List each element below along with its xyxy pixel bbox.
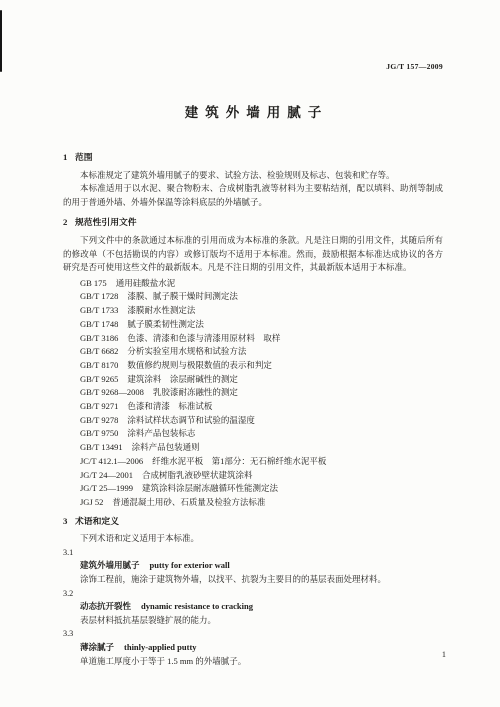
- reference-code: GB/T 1733: [80, 305, 118, 315]
- section-number: 3: [63, 515, 75, 529]
- page-number: 1: [442, 650, 446, 660]
- reference-code: JG/T 24—2001: [80, 470, 133, 480]
- reference-title: 漆膜、腻子膜干燥时间测定法: [127, 291, 238, 301]
- reference-code: JC/T 412.1—2006: [80, 456, 143, 466]
- reference-item: GB/T 9271色漆和清漆 标准试板: [63, 400, 443, 414]
- section-title: 范围: [75, 152, 93, 162]
- reference-code: GB/T 9278: [80, 415, 118, 425]
- term-en: dynamic resistance to cracking: [141, 601, 253, 611]
- standard-code: JG/T 157—2009: [63, 0, 443, 72]
- reference-item: GB/T 9268—2008乳胶漆耐冻融性的测定: [63, 386, 443, 400]
- reference-item: JC/T 412.1—2006纤维水泥平板 第1部分：无石棉纤维水泥平板: [63, 455, 443, 469]
- reference-title: 建筑涂料涂层耐冻融循环性能测定法: [142, 483, 278, 493]
- reference-code: GB/T 9271: [80, 401, 118, 411]
- section-number: 2: [63, 216, 75, 230]
- reference-title: 涂料试样状态调节和试验的温湿度: [127, 415, 255, 425]
- term-definition: 单道施工厚度小于等于 1.5 mm 的外墙腻子。: [63, 655, 443, 669]
- paragraph: 下列术语和定义适用于本标准。: [63, 532, 443, 546]
- term-line: 建筑外墙用腻子putty for exterior wall: [63, 559, 443, 573]
- reference-title: 数值修约规则与极限数值的表示和判定: [127, 360, 272, 370]
- reference-code: GB 175: [80, 278, 107, 288]
- section-title: 术语和定义: [75, 516, 119, 526]
- reference-title: 普通混凝土用砂、石质量及检验方法标准: [112, 497, 265, 507]
- term-zh: 薄涂腻子: [80, 642, 114, 652]
- reference-item: GB/T 6682分析实验室用水规格和试验方法: [63, 345, 443, 359]
- reference-title: 漆膜耐水性测定法: [127, 305, 195, 315]
- term-en: thinly-applied putty: [124, 642, 197, 652]
- term-definition: 涂饰工程前，施涂于建筑物外墙，以找平、抗裂为主要目的的基层表面处理材料。: [63, 573, 443, 587]
- reference-title: 通用硅酸盐水泥: [116, 278, 176, 288]
- reference-title: 色漆、清漆和色漆与清漆用原材料 取样: [127, 333, 280, 343]
- reference-title: 分析实验室用水规格和试验方法: [127, 346, 246, 356]
- reference-item: GB/T 13491涂料产品包装通则: [63, 441, 443, 455]
- term-definition: 表层材料抵抗基层裂缝扩展的能力。: [63, 614, 443, 628]
- paragraph: 本标准规定了建筑外墙用腻子的要求、试验方法、检验规则及标志、包装和贮存等。: [63, 169, 443, 183]
- reference-title: 色漆和清漆 标准试板: [127, 401, 212, 411]
- reference-code: GB/T 13491: [80, 442, 123, 452]
- page-content: JG/T 157—2009 建筑外墙用腻子 1范围 本标准规定了建筑外墙用腻子的…: [0, 0, 500, 668]
- reference-code: JGJ 52: [80, 497, 103, 507]
- reference-item: GB/T 9750涂料产品包装标志: [63, 427, 443, 441]
- term-block: 3.2 动态抗开裂性dynamic resistance to cracking…: [63, 587, 443, 628]
- section-heading-normative-references: 2规范性引用文件: [63, 216, 443, 230]
- term-zh: 建筑外墙用腻子: [80, 560, 140, 570]
- term-en: putty for exterior wall: [150, 560, 230, 570]
- term-line: 薄涂腻子thinly-applied putty: [63, 641, 443, 655]
- reference-title: 建筑涂料 涂层耐碱性的测定: [127, 374, 238, 384]
- clause-number: 3.3: [63, 627, 443, 641]
- reference-code: GB/T 8170: [80, 360, 118, 370]
- reference-code: GB/T 6682: [80, 346, 118, 356]
- reference-item: GB/T 1728漆膜、腻子膜干燥时间测定法: [63, 290, 443, 304]
- reference-code: GB/T 1748: [80, 319, 118, 329]
- reference-item: GB/T 1733漆膜耐水性测定法: [63, 304, 443, 318]
- section-heading-terms-definitions: 3术语和定义: [63, 515, 443, 529]
- reference-code: GB/T 3186: [80, 333, 118, 343]
- scan-artifact: [0, 10, 2, 72]
- reference-code: JG/T 25—1999: [80, 483, 133, 493]
- reference-title: 纤维水泥平板 第1部分：无石棉纤维水泥平板: [152, 456, 326, 466]
- section-heading-scope: 1范围: [63, 151, 443, 165]
- reference-title: 涂料产品包装标志: [127, 428, 195, 438]
- paragraph: 下列文件中的条款通过本标准的引用而成为本标准的条款。凡是注日期的引用文件，其随后…: [63, 234, 443, 275]
- reference-item: GB/T 1748腻子膜柔韧性测定法: [63, 318, 443, 332]
- reference-item: GB/T 8170数值修约规则与极限数值的表示和判定: [63, 359, 443, 373]
- document-title: 建筑外墙用腻子: [63, 103, 443, 122]
- clause-number: 3.1: [63, 546, 443, 560]
- term-line: 动态抗开裂性dynamic resistance to cracking: [63, 600, 443, 614]
- reference-item: JGJ 52普通混凝土用砂、石质量及检验方法标准: [63, 496, 443, 510]
- reference-title: 涂料产品包装通则: [132, 442, 200, 452]
- reference-title: 腻子膜柔韧性测定法: [127, 319, 204, 329]
- reference-item: GB/T 9265建筑涂料 涂层耐碱性的测定: [63, 373, 443, 387]
- reference-code: GB/T 9750: [80, 428, 118, 438]
- section-title: 规范性引用文件: [75, 217, 137, 227]
- reference-item: JG/T 25—1999建筑涂料涂层耐冻融循环性能测定法: [63, 482, 443, 496]
- reference-item: GB/T 3186色漆、清漆和色漆与清漆用原材料 取样: [63, 332, 443, 346]
- reference-title: 乳胶漆耐冻融性的测定: [153, 387, 238, 397]
- reference-item: GB 175通用硅酸盐水泥: [63, 277, 443, 291]
- term-block: 3.1 建筑外墙用腻子putty for exterior wall 涂饰工程前…: [63, 546, 443, 587]
- reference-title: 合成树脂乳液砂壁状建筑涂料: [142, 470, 253, 480]
- reference-item: JG/T 24—2001合成树脂乳液砂壁状建筑涂料: [63, 469, 443, 483]
- reference-code: GB/T 1728: [80, 291, 118, 301]
- paragraph: 本标准适用于以水泥、聚合物粉末、合成树脂乳液等材料为主要粘结剂，配以填料、助剂等…: [63, 182, 443, 209]
- section-number: 1: [63, 151, 75, 165]
- reference-code: GB/T 9265: [80, 374, 118, 384]
- term-block: 3.3 薄涂腻子thinly-applied putty 单道施工厚度小于等于 …: [63, 627, 443, 668]
- clause-number: 3.2: [63, 587, 443, 601]
- reference-list: GB 175通用硅酸盐水泥 GB/T 1728漆膜、腻子膜干燥时间测定法 GB/…: [63, 277, 443, 510]
- reference-code: GB/T 9268—2008: [80, 387, 144, 397]
- document-page: JG/T 157—2009 建筑外墙用腻子 1范围 本标准规定了建筑外墙用腻子的…: [0, 0, 500, 707]
- term-zh: 动态抗开裂性: [80, 601, 131, 611]
- reference-item: GB/T 9278涂料试样状态调节和试验的温湿度: [63, 414, 443, 428]
